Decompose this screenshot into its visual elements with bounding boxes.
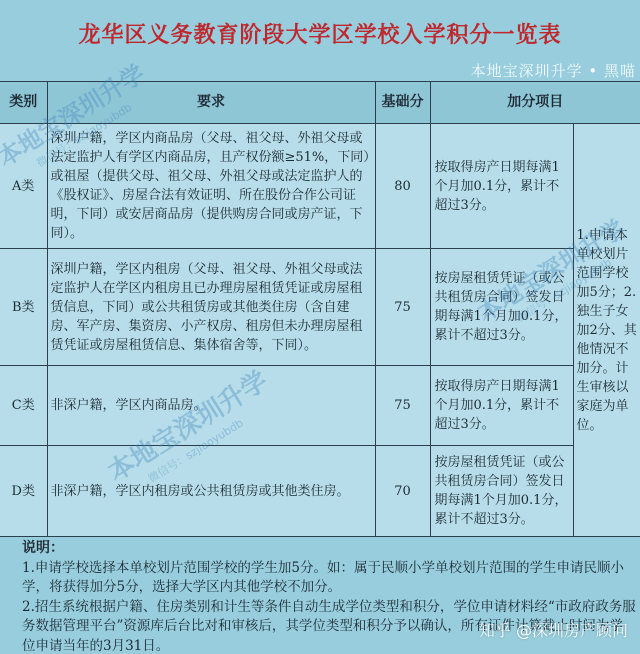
table-row: D类 非深户籍，学区内租房或公共租赁房或其他类住房。 70 按房屋租赁凭证（或公… <box>0 446 640 537</box>
notes-heading: 说明： <box>22 539 636 559</box>
table-row: B类 深圳户籍，学区内租房（父母、祖父母、外祖父母或法定监护人在学区内租房且已办… <box>0 249 640 366</box>
row-requirement: 非深户籍，学区内商品房。 <box>47 366 375 446</box>
credit-watermark: 本地宝深圳升学 • 黑喵 <box>471 60 636 81</box>
row-requirement: 非深户籍，学区内租房或公共租赁房或其他类住房。 <box>47 446 375 537</box>
zhihu-watermark: 知乎 @深圳房产顾问 <box>479 618 628 641</box>
admission-points-table: 类别 要求 基础分 加分项目 A类 深圳户籍，学区内商品房（父母、祖父母、外祖父… <box>0 81 640 537</box>
table-header-row: 类别 要求 基础分 加分项目 <box>0 82 640 124</box>
row-base-score: 75 <box>375 249 430 366</box>
row-category: A类 <box>0 124 47 249</box>
row-bonus: 按取得房产日期每满1个月加0.1分，累计不超过3分。 <box>430 124 573 249</box>
row-base-score: 70 <box>375 446 430 537</box>
row-requirement: 深圳户籍，学区内商品房（父母、祖父母、外祖父母或法定监护人有学区内商品房，且产权… <box>47 124 375 249</box>
row-base-score: 80 <box>375 124 430 249</box>
row-category: D类 <box>0 446 47 537</box>
row-base-score: 75 <box>375 366 430 446</box>
extra-bonus-cell: 1.申请本单校划片范围学校加5分；2. 独生子女加2分、其他情况不加分。计生审核… <box>573 124 640 537</box>
table-row: A类 深圳户籍，学区内商品房（父母、祖父母、外祖父母或法定监护人有学区内商品房，… <box>0 124 640 249</box>
note-item: 1.申请学校选择本单校划片范围学校的学生加5分。如：属于民顺小学单校划片范围的学… <box>22 559 636 598</box>
row-bonus: 按取得房产日期每满1个月加0.1分，累计不超过3分。 <box>430 366 573 446</box>
header-bonus: 加分项目 <box>430 82 640 124</box>
header-category: 类别 <box>0 82 47 124</box>
header-base-score: 基础分 <box>375 82 430 124</box>
row-bonus: 按房屋租赁凭证（或公共租赁房合同）签发日期每满1个月加0.1分，累计不超过3分。 <box>430 446 573 537</box>
page-title: 龙华区义务教育阶段大学区学校入学积分一览表 <box>0 18 640 49</box>
row-category: C类 <box>0 366 47 446</box>
table-row: C类 非深户籍，学区内商品房。 75 按取得房产日期每满1个月加0.1分，累计不… <box>0 366 640 446</box>
header-requirement: 要求 <box>47 82 375 124</box>
row-bonus: 按房屋租赁凭证（或公共租赁房合同）签发日期每满1个月加0.1分，累计不超过3分。 <box>430 249 573 366</box>
row-category: B类 <box>0 249 47 366</box>
row-requirement: 深圳户籍，学区内租房（父母、祖父母、外祖父母或法定监护人在学区内租房且已办理房屋… <box>47 249 375 366</box>
